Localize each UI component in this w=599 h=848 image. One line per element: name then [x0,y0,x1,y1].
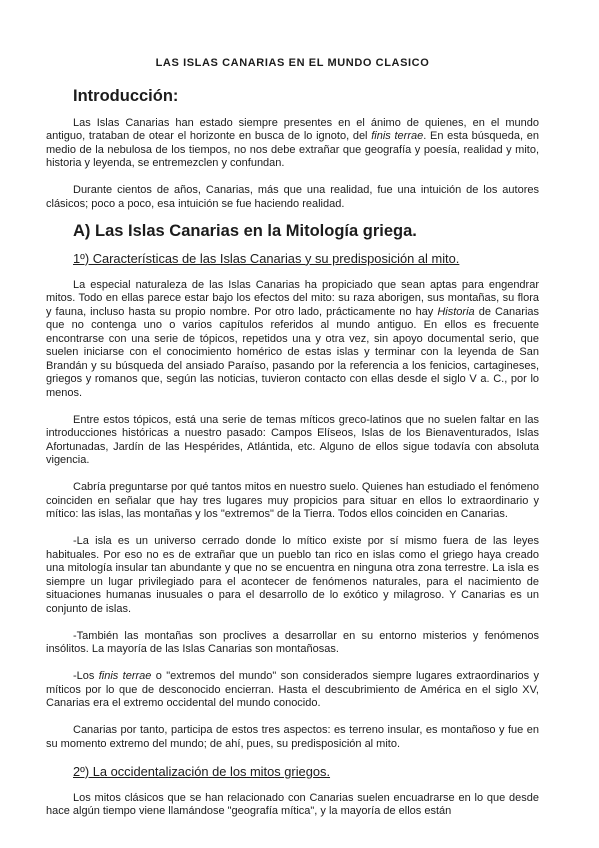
subsection-1-heading: 1º) Características de las Islas Canaria… [46,252,539,266]
introduction-heading: Introducción: [46,90,539,104]
paragraph-mountains: -También las montañas son proclives a de… [46,630,539,657]
paragraph-islands: -La isla es un universo cerrado donde lo… [46,535,539,616]
italic-term: finis terrae [371,130,423,142]
italic-term: Historia [437,306,474,318]
paragraph-characteristics-2: Entre estos tópicos, está una serie de t… [46,414,539,468]
text-segment: de Canarias que no contenga uno o varios… [46,306,539,399]
paragraph-intro-2: Durante cientos de años, Canarias, más q… [46,184,539,211]
paragraph-characteristics-3: Cabría preguntarse por qué tantos mitos … [46,481,539,522]
document-page: LAS ISLAS CANARIAS EN EL MUNDO CLASICO I… [0,0,599,848]
paragraph-finis-terrae: -Los finis terrae o "extremos del mundo"… [46,670,539,711]
subsection-2-heading: 2º) La occidentalización de los mitos gr… [46,765,539,779]
paragraph-intro-1: Las Islas Canarias han estado siempre pr… [46,117,539,171]
section-a-heading: A) Las Islas Canarias en la Mitología gr… [46,225,539,239]
document-title: LAS ISLAS CANARIAS EN EL MUNDO CLASICO [46,57,539,71]
paragraph-conclusion-aspects: Canarias por tanto, participa de estos t… [46,724,539,751]
paragraph-occidentalization: Los mitos clásicos que se han relacionad… [46,792,539,819]
paragraph-characteristics-1: La especial naturaleza de las Islas Cana… [46,279,539,401]
text-segment: -Los [73,670,99,682]
italic-term: finis terrae [99,670,152,682]
